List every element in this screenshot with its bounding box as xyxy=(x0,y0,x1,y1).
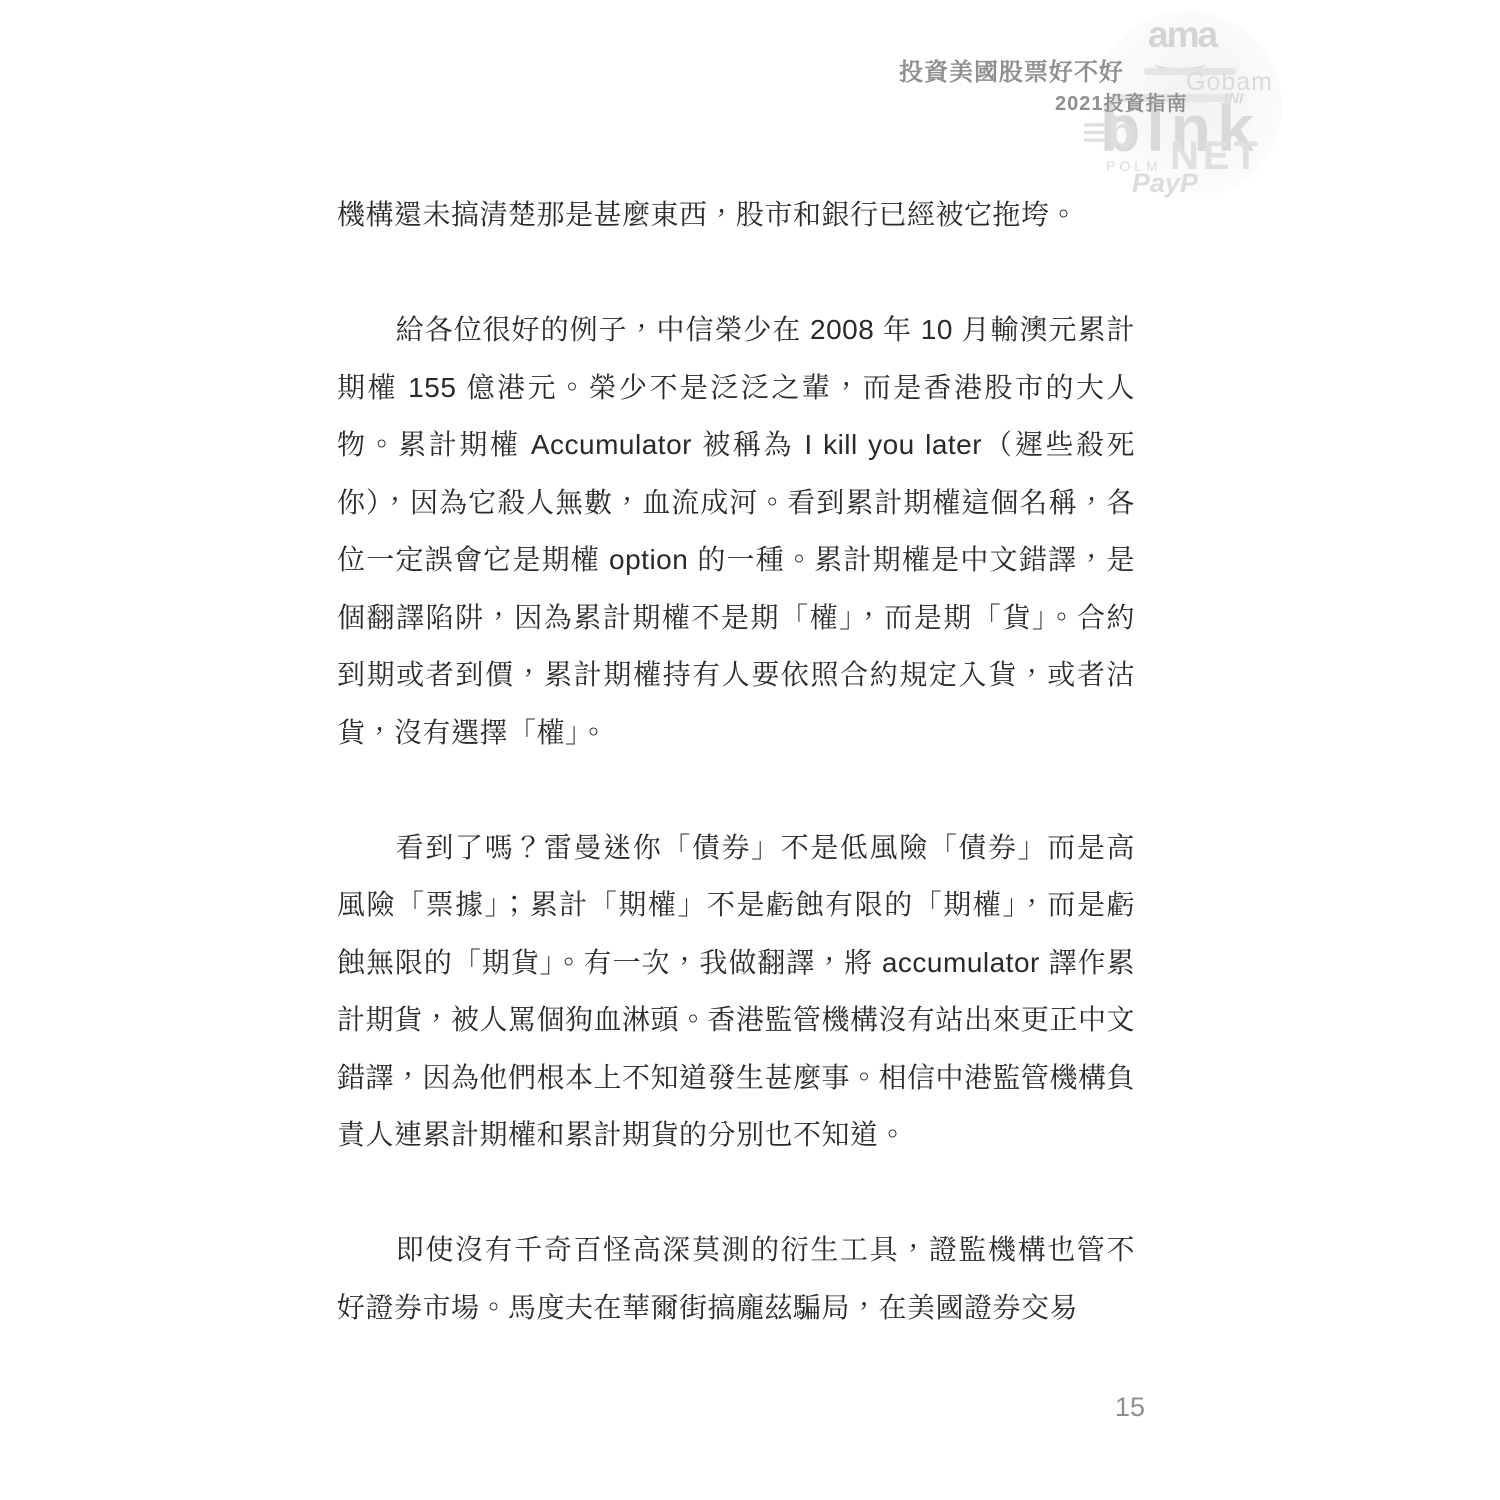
amazon-swoosh-icon xyxy=(1154,56,1206,71)
illegible-fine-print xyxy=(1144,68,1236,75)
paragraph: 看到了嗎？雷曼迷你「債券」不是低風險「債券」而是高風險「票據」；累計「期權」不是… xyxy=(337,819,1135,1164)
book-page: 投資美國股票好不好 2021投資指南 ama Gobam INI blnk ≡b… xyxy=(0,0,1500,1500)
paypal-logo-fragment: PayP xyxy=(1132,168,1198,199)
paragraph: 即使沒有千奇百怪高深莫測的衍生工具，證監機構也管不好證券市場。馬度夫在華爾街搞龐… xyxy=(337,1221,1135,1336)
paragraph: 給各位很好的例子，中信榮少在 2008 年 10 月輸澳元累計期權 155 億港… xyxy=(337,301,1135,761)
amazon-logo-fragment: ama xyxy=(1148,14,1216,56)
page-body: 機構還未搞清楚那是甚麼東西，股市和銀行已經被它拖垮。 給各位很好的例子，中信榮少… xyxy=(337,186,1135,1336)
net-logo-fragment: NET xyxy=(1170,134,1262,179)
polm-logo-fragment: POLM xyxy=(1106,158,1162,174)
ini-logo-fragment: INI xyxy=(1224,90,1243,107)
page-number: 15 xyxy=(1098,1392,1162,1423)
global-logo-fragment: Gobam xyxy=(1186,68,1273,97)
running-head-title: 投資美國股票好不好 xyxy=(899,52,1124,87)
running-head-subtitle: 2021投資指南 xyxy=(1055,87,1188,116)
paragraph-continued: 機構還未搞清楚那是甚麼東西，股市和銀行已經被它拖垮。 xyxy=(337,186,1135,244)
